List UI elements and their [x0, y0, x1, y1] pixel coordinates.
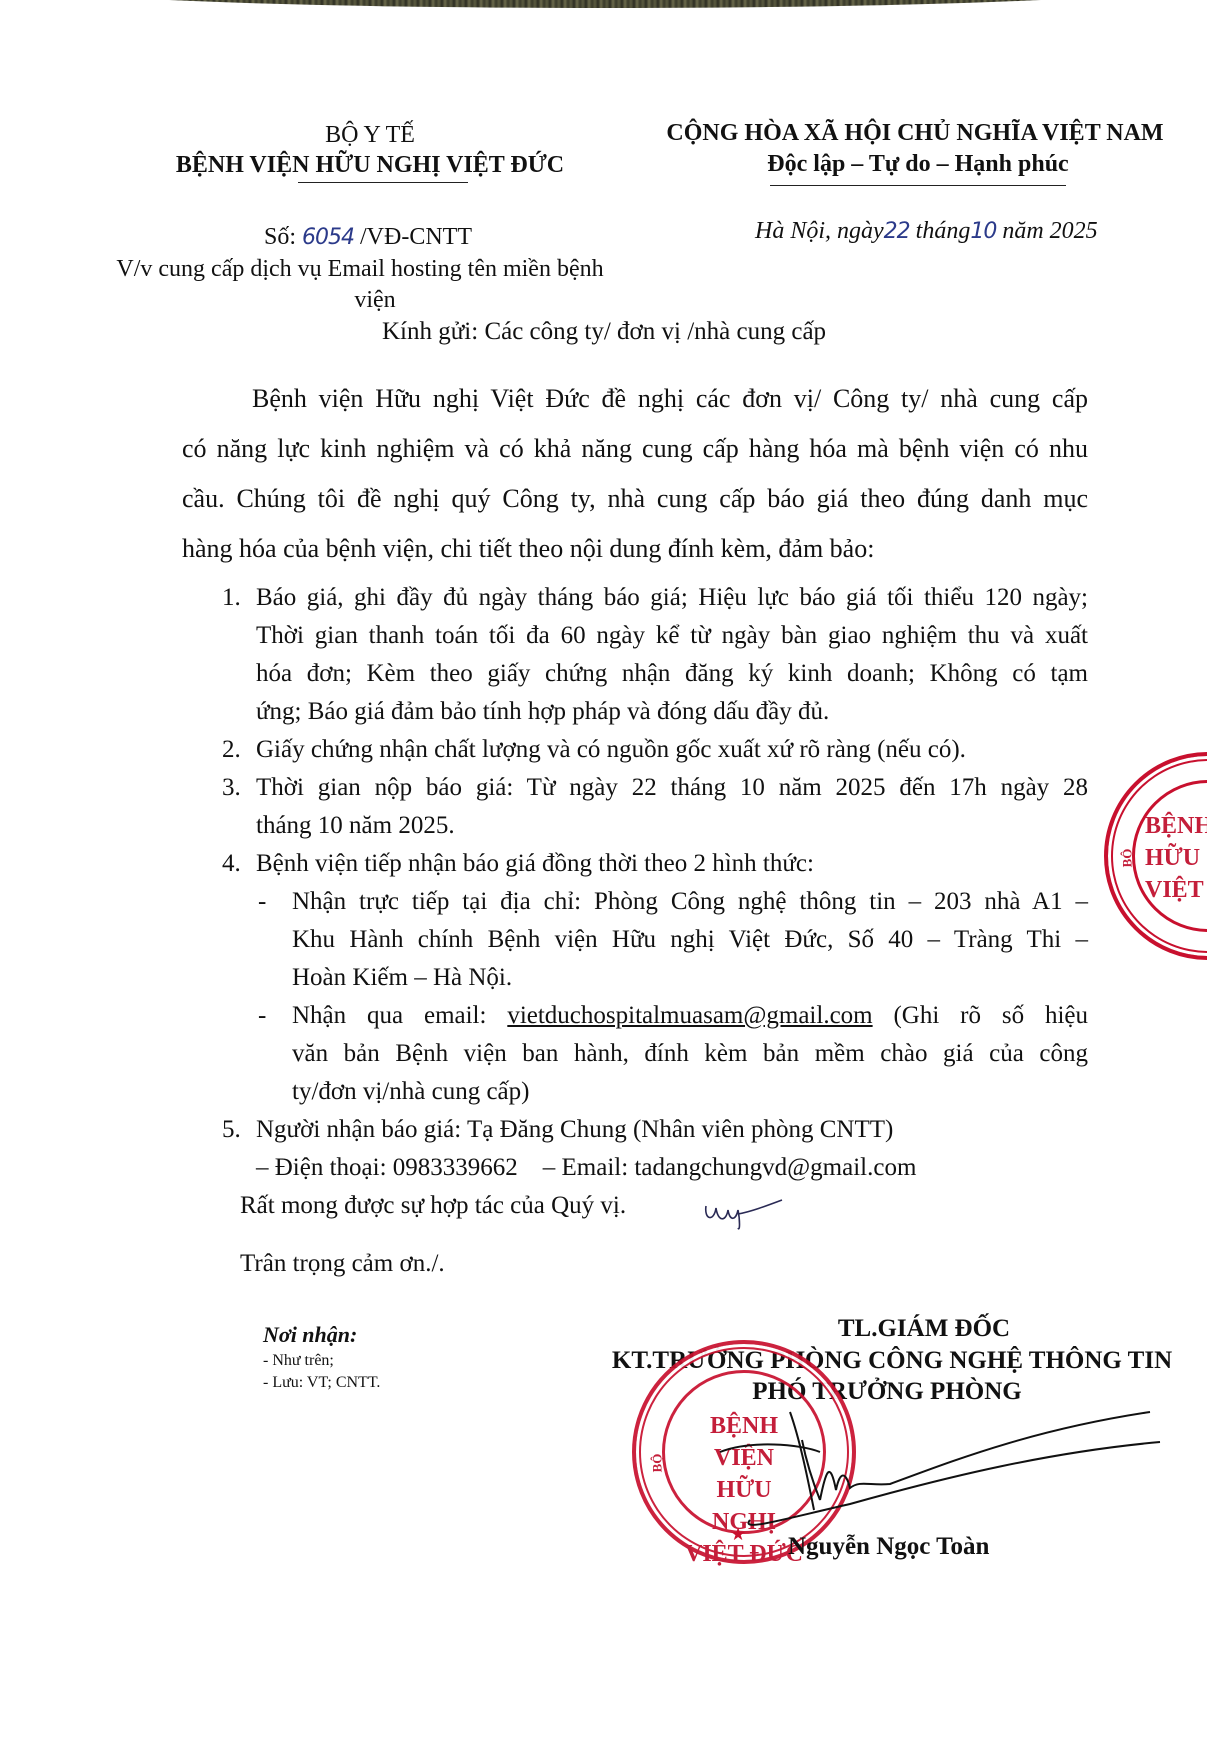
list-number: 3. — [222, 774, 241, 802]
hospital-underline — [298, 182, 468, 183]
partial-stamp-side-text: BỘ — [1119, 849, 1135, 868]
intro-line: Bệnh viện Hữu nghị Việt Đức đề nghị các … — [252, 384, 1088, 414]
list-item-line: tháng 10 năm 2025. — [256, 812, 1088, 840]
closing-thanks: Trân trọng cảm ơn./. — [240, 1250, 445, 1278]
handwritten-signature — [690, 1400, 1170, 1540]
date-month-handwritten: 10 — [970, 219, 996, 244]
national-motto: Độc lập – Tự do – Hạnh phúc — [767, 151, 1068, 178]
list-item-line: hóa đơn; Kèm theo giấy chứng nhận đăng k… — [256, 660, 1088, 688]
sub-item-line: văn bản Bệnh viện ban hành, đính kèm bản… — [292, 1040, 1088, 1068]
list-item-line: Người nhận báo giá: Tạ Đăng Chung (Nhân … — [256, 1116, 1088, 1144]
doc-number-prefix: Số: — [264, 224, 296, 250]
sub-item-line: Nhận trực tiếp tại địa chỉ: Phòng Công n… — [292, 888, 1088, 916]
ministry-name: BỘ Y TẾ — [325, 122, 415, 149]
list-number: 1. — [222, 584, 241, 612]
email-label: Nhận qua email: — [292, 1002, 507, 1029]
stamp-side-text: BỘ — [649, 1454, 665, 1473]
distribution-item: - Như trên; — [263, 1352, 334, 1370]
list-item-line: Bệnh viện tiếp nhận báo giá đồng thời th… — [256, 850, 1088, 878]
stamp-line: BỆNH — [1145, 810, 1207, 842]
document-number: Số: 6054 /VĐ-CNTT — [264, 224, 472, 251]
list-item-line: Thời gian nộp báo giá: Từ ngày 22 tháng … — [256, 774, 1088, 802]
email-note: (Ghi rõ số hiệu — [873, 1002, 1088, 1029]
date-month-label: tháng — [916, 218, 971, 244]
intro-line: có năng lực kinh nghiệm và có khả năng c… — [182, 434, 1088, 464]
stamp-line: VIỆT — [1145, 874, 1207, 906]
hospital-name: BỆNH VIỆN HỮU NGHỊ VIỆT ĐỨC — [176, 152, 564, 179]
list-item-line: Báo giá, ghi đầy đủ ngày tháng báo giá; … — [256, 584, 1088, 612]
scan-edge-texture — [40, 0, 1170, 8]
sub-item-line: Khu Hành chính Bệnh viện Hữu nghị Việt Đ… — [292, 926, 1088, 954]
distribution-item: - Lưu: VT; CNTT. — [263, 1374, 380, 1392]
issue-date: Hà Nội, ngày22 tháng10 năm 2025 — [755, 218, 1098, 245]
list-item-line: ứng; Báo giá đảm bảo tính hợp pháp và đó… — [256, 698, 1088, 726]
sub-item-line: ty/đơn vị/nhà cung cấp) — [292, 1078, 1088, 1106]
date-prefix: Hà Nội, ngày — [755, 218, 884, 244]
signer-name: Nguyễn Ngọc Toàn — [788, 1533, 989, 1561]
doc-number-handwritten: 6054 — [302, 225, 354, 250]
partial-stamp-text: BỆNH HỮU VIỆT — [1145, 810, 1207, 906]
list-item-line: Giấy chứng nhận chất lượng và có nguồn g… — [256, 736, 1088, 764]
sub-item-line: Hoàn Kiếm – Hà Nội. — [292, 964, 1088, 992]
sub-item-line: Nhận qua email: vietduchospitalmuasam@gm… — [292, 1002, 1088, 1030]
recipient-line: Kính gửi: Các công ty/ đơn vị /nhà cung … — [382, 318, 826, 346]
distribution-title: Nơi nhận: — [263, 1322, 357, 1348]
subject-line-1: V/v cung cấp dịch vụ Email hosting tên m… — [116, 256, 603, 283]
sub-bullet-dash: - — [258, 1002, 266, 1030]
date-year: năm 2025 — [1002, 218, 1097, 244]
subject-line-2: viện — [354, 287, 395, 314]
stamp-line: HỮU — [1145, 842, 1207, 874]
list-number: 2. — [222, 736, 241, 764]
closing-cooperation: Rất mong được sự hợp tác của Quý vị. — [240, 1192, 626, 1220]
nation-name: CỘNG HÒA XÃ HỘI CHỦ NGHĨA VIỆT NAM — [666, 120, 1163, 147]
contact-line: – Điện thoại: 0983339662 – Email: tadang… — [256, 1154, 916, 1182]
intro-line: cầu. Chúng tôi đề nghị quý Công ty, nhà … — [182, 484, 1088, 514]
initials-signature — [700, 1192, 790, 1232]
procurement-email-link[interactable]: vietduchospitalmuasam@gmail.com — [507, 1002, 872, 1029]
list-item-line: Thời gian thanh toán tối đa 60 ngày kể t… — [256, 622, 1088, 650]
signature-line-1: TL.GIÁM ĐỐC — [838, 1315, 1010, 1343]
list-number: 4. — [222, 850, 241, 878]
date-day-handwritten: 22 — [884, 219, 910, 244]
intro-line: hàng hóa của bệnh viện, chi tiết theo nộ… — [182, 534, 1088, 564]
motto-underline — [770, 185, 1066, 186]
doc-number-suffix: /VĐ-CNTT — [360, 224, 472, 250]
list-number: 5. — [222, 1116, 241, 1144]
sub-bullet-dash: - — [258, 888, 266, 916]
